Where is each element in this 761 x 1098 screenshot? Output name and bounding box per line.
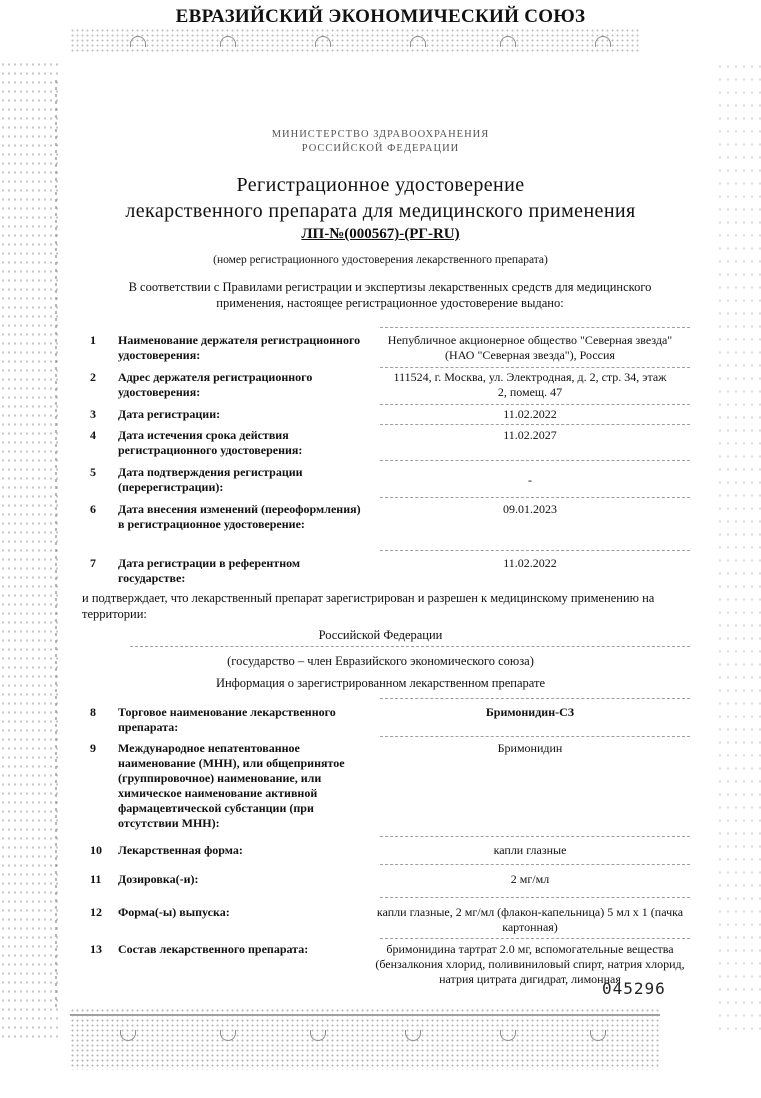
field-separator bbox=[380, 497, 690, 498]
ministry-line-2: РОССИЙСКОЙ ФЕДЕРАЦИИ bbox=[0, 142, 761, 156]
title-line-1: Регистрационное удостоверение bbox=[0, 172, 761, 198]
ornament-arc-icon bbox=[500, 36, 516, 47]
registration-certificate-page: ЕВРАЗИЙСКИЙ ЭКОНОМИЧЕСКИЙ СОЮЗ МИНИСТЕРС… bbox=[0, 0, 761, 1098]
field-row-1: 1 Наименование держателя регистрационног… bbox=[90, 333, 690, 365]
union-title: ЕВРАЗИЙСКИЙ ЭКОНОМИЧЕСКИЙ СОЮЗ bbox=[0, 6, 761, 28]
field-label: Дата регистрации в референтном государст… bbox=[118, 556, 363, 586]
serial-number: 045296 bbox=[602, 979, 666, 998]
ornament-arc-icon bbox=[220, 36, 236, 47]
ornament-arc-icon bbox=[315, 36, 331, 47]
field-row-3: 3 Дата регистрации: 11.02.2022 bbox=[90, 407, 690, 423]
field-number: 12 bbox=[90, 905, 112, 920]
registration-number-caption: (номер регистрационного удостоверения ле… bbox=[0, 254, 761, 266]
field-number: 2 bbox=[90, 370, 112, 385]
field-value: 11.02.2027 bbox=[372, 428, 688, 443]
field-separator bbox=[380, 404, 690, 405]
title-line-2: лекарственного препарата для медицинског… bbox=[0, 198, 761, 224]
field-number: 13 bbox=[90, 942, 112, 957]
field-value: 2 мг/мл bbox=[372, 872, 688, 887]
field-value: Непубличное акционерное общество "Северн… bbox=[372, 333, 688, 363]
field-value: 11.02.2022 bbox=[372, 407, 688, 422]
field-separator bbox=[380, 736, 690, 737]
top-ornament bbox=[70, 28, 640, 54]
ornament-arc-icon bbox=[130, 36, 146, 47]
field-row-7: 7 Дата регистрации в референтном государ… bbox=[90, 556, 690, 588]
field-label: Международное непатентованное наименован… bbox=[118, 741, 363, 831]
field-separator bbox=[380, 836, 690, 837]
field-label: Дозировка(-и): bbox=[118, 872, 363, 887]
field-label: Наименование держателя регистрационного … bbox=[118, 333, 363, 363]
ornament-arc-icon bbox=[220, 1030, 236, 1041]
field-label: Состав лекарственного препарата: bbox=[118, 942, 363, 957]
field-separator bbox=[380, 460, 690, 461]
document-title: Регистрационное удостоверение лекарствен… bbox=[0, 172, 761, 224]
field-number: 9 bbox=[90, 741, 112, 756]
field-value: Бримонидин-СЗ bbox=[372, 705, 688, 720]
field-separator bbox=[380, 864, 690, 865]
field-row-9: 9 Международное непатентованное наименов… bbox=[90, 741, 690, 833]
field-number: 7 bbox=[90, 556, 112, 571]
field-label: Дата истечения срока действия регистраци… bbox=[118, 428, 363, 458]
ornament-arc-icon bbox=[410, 36, 426, 47]
field-label: Форма(-ы) выпуска: bbox=[118, 905, 363, 920]
ornament-arc-icon bbox=[310, 1030, 326, 1041]
ministry-line-1: МИНИСТЕРСТВО ЗДРАВООХРАНЕНИЯ bbox=[0, 128, 761, 142]
ornament-arc-icon bbox=[500, 1030, 516, 1041]
ornament-arc-icon bbox=[590, 1030, 606, 1041]
field-value: капли глазные bbox=[372, 843, 688, 858]
field-number: 11 bbox=[90, 872, 112, 887]
field-separator bbox=[380, 550, 690, 551]
field-row-11: 11 Дозировка(-и): 2 мг/мл bbox=[90, 872, 690, 888]
field-separator bbox=[380, 327, 690, 328]
field-number: 4 bbox=[90, 428, 112, 443]
field-label: Дата внесения изменений (переоформления)… bbox=[118, 502, 363, 532]
field-row-12: 12 Форма(-ы) выпуска: капли глазные, 2 м… bbox=[90, 905, 690, 937]
field-value: Бримонидин bbox=[372, 741, 688, 756]
country-underline bbox=[130, 646, 690, 647]
ornament-line bbox=[70, 1014, 660, 1016]
field-row-8: 8 Торговое наименование лекарственного п… bbox=[90, 705, 690, 737]
field-value: 111524, г. Москва, ул. Электродная, д. 2… bbox=[372, 370, 670, 400]
registration-number: ЛП-№(000567)-(РГ-RU) bbox=[0, 226, 761, 243]
field-row-6: 6 Дата внесения изменений (переоформлени… bbox=[90, 502, 690, 550]
field-value: капли глазные, 2 мг/мл (флакон-капельниц… bbox=[372, 905, 688, 935]
bottom-ornament bbox=[70, 1008, 660, 1070]
field-separator bbox=[380, 897, 690, 898]
field-number: 10 bbox=[90, 843, 112, 858]
field-value: 11.02.2022 bbox=[372, 556, 688, 571]
field-number: 8 bbox=[90, 705, 112, 720]
field-value: - bbox=[372, 473, 688, 488]
field-separator bbox=[380, 698, 690, 699]
country-name: Российской Федерации bbox=[0, 628, 761, 643]
drug-info-heading: Информация о зарегистрированном лекарств… bbox=[0, 676, 761, 691]
field-separator bbox=[380, 424, 690, 425]
ministry-name: МИНИСТЕРСТВО ЗДРАВООХРАНЕНИЯ РОССИЙСКОЙ … bbox=[0, 128, 761, 156]
field-row-4: 4 Дата истечения срока действия регистра… bbox=[90, 428, 690, 460]
field-label: Торговое наименование лекарственного пре… bbox=[118, 705, 363, 735]
field-separator bbox=[380, 367, 690, 368]
confirmation-paragraph: и подтверждает, что лекарственный препар… bbox=[82, 590, 702, 622]
field-value: 09.01.2023 bbox=[372, 502, 688, 517]
field-label: Адрес держателя регистрационного удостов… bbox=[118, 370, 363, 400]
ornament-arc-icon bbox=[120, 1030, 136, 1041]
field-row-2: 2 Адрес держателя регистрационного удост… bbox=[90, 370, 690, 402]
field-row-13: 13 Состав лекарственного препарата: брим… bbox=[90, 942, 690, 990]
intro-paragraph: В соответствии с Правилами регистрации и… bbox=[100, 279, 680, 311]
field-row-10: 10 Лекарственная форма: капли глазные bbox=[90, 843, 690, 859]
field-separator bbox=[380, 938, 690, 939]
field-number: 6 bbox=[90, 502, 112, 517]
field-label: Дата подтверждения регистрации (перереги… bbox=[118, 465, 363, 495]
field-row-5: 5 Дата подтверждения регистрации (перере… bbox=[90, 465, 690, 497]
field-label: Дата регистрации: bbox=[118, 407, 363, 422]
field-number: 5 bbox=[90, 465, 112, 480]
ornament-arc-icon bbox=[405, 1030, 421, 1041]
field-label: Лекарственная форма: bbox=[118, 843, 363, 858]
field-number: 1 bbox=[90, 333, 112, 348]
ornament-arc-icon bbox=[595, 36, 611, 47]
field-number: 3 bbox=[90, 407, 112, 422]
country-caption: (государство – член Евразийского экономи… bbox=[0, 654, 761, 669]
